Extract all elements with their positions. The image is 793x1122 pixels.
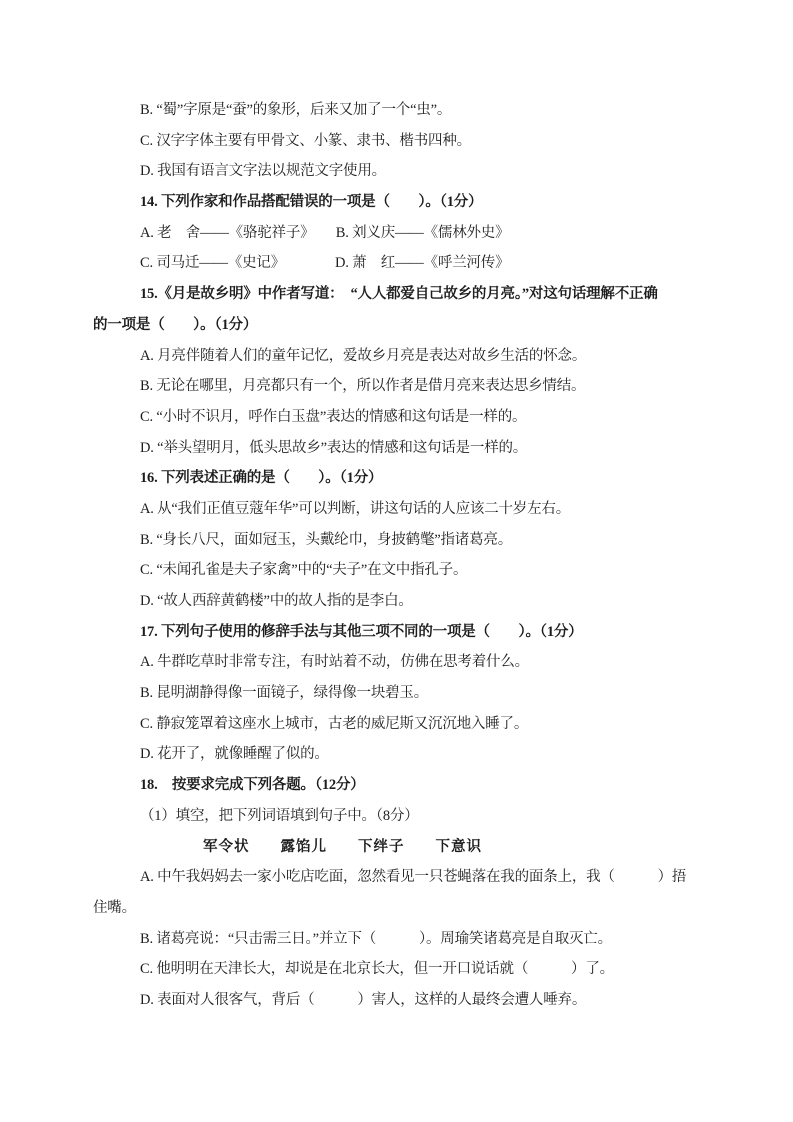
q15-stem-line1: 15.《月是故乡明》中作者写道： “人人都爱自己故乡的月亮。”对这句话理解不正确 xyxy=(93,279,738,310)
q18-stem: 18. 按要求完成下列各题。（12分） xyxy=(93,770,738,801)
q16-option-d: D. “故人西辞黄鹤楼”中的故人指的是李白。 xyxy=(93,586,738,617)
exam-page: B. “蜀”字原是“蚕”的象形，后来又加了一个“虫”。C. 汉字字体主要有甲骨文… xyxy=(0,0,793,1122)
exam-content: B. “蜀”字原是“蚕”的象形，后来又加了一个“虫”。C. 汉字字体主要有甲骨文… xyxy=(0,0,793,1016)
q15-option-a: A. 月亮伴随着人们的童年记忆，爱故乡月亮是表达对故乡生活的怀念。 xyxy=(93,341,738,372)
q14-options-cd: C. 司马迁——《史记》 D. 萧 红——《呼兰河传》 xyxy=(93,248,738,279)
q13-option-b: B. “蜀”字原是“蚕”的象形，后来又加了一个“虫”。 xyxy=(93,95,738,126)
q18-sub1-option-b: B. 诸葛亮说：“只击需三日。”并立下（ ）。周瑜笑诸葛亮是自取灭亡。 xyxy=(93,924,738,955)
q16-option-a: A. 从“我们正值豆蔻年华”可以判断，讲这句话的人应该二十岁左右。 xyxy=(93,494,738,525)
q18-word-bank: 军令状 露馅儿 下绊子 下意识 xyxy=(93,832,738,863)
q18-sub1-option-d: D. 表面对人很客气，背后（ ）害人，这样的人最终会遭人唾弃。 xyxy=(93,985,738,1016)
q18-sub1-instruction: （1）填空，把下列词语填到句子中。（8分） xyxy=(93,801,738,832)
q15-option-c: C. “小时不识月，呼作白玉盘”表达的情感和这句话是一样的。 xyxy=(93,402,738,433)
q17-option-c: C. 静寂笼罩着这座水上城市，古老的威尼斯又沉沉地入睡了。 xyxy=(93,709,738,740)
q16-stem: 16. 下列表述正确的是（ ）。（1分） xyxy=(93,463,738,494)
q17-stem: 17. 下列句子使用的修辞手法与其他三项不同的一项是（ ）。（1分） xyxy=(93,617,738,648)
q16-option-b: B. “身长八尺，面如冠玉，头戴纶巾，身披鹤氅”指诸葛亮。 xyxy=(93,525,738,556)
q13-option-c: C. 汉字字体主要有甲骨文、小篆、隶书、楷书四种。 xyxy=(93,126,738,157)
q16-option-c: C. “未闻孔雀是夫子家禽”中的“夫子”在文中指孔子。 xyxy=(93,555,738,586)
q17-option-d: D. 花开了，就像睡醒了似的。 xyxy=(93,739,738,770)
q15-option-d: D. “举头望明月，低头思故乡”表达的情感和这句话是一样的。 xyxy=(93,433,738,464)
q15-stem-line2: 的一项是（ ）。（1分） xyxy=(93,310,738,341)
q15-option-b: B. 无论在哪里，月亮都只有一个，所以作者是借月亮来表达思乡情结。 xyxy=(93,371,738,402)
q13-option-d: D. 我国有语言文字法以规范文字使用。 xyxy=(93,156,738,187)
q18-sub1-option-a-line1: A. 中午我妈妈去一家小吃店吃面，忽然看见一只苍蝇落在我的面条上，我（ ）捂 xyxy=(93,862,738,893)
q14-stem: 14. 下列作家和作品搭配错误的一项是（ ）。（1分） xyxy=(93,187,738,218)
q18-sub1-option-a-line2: 住嘴。 xyxy=(93,893,738,924)
q14-options-ab: A. 老 舍——《骆驼祥子》 B. 刘义庆——《儒林外史》 xyxy=(93,218,738,249)
q17-option-b: B. 昆明湖静得像一面镜子，绿得像一块碧玉。 xyxy=(93,678,738,709)
q18-sub1-option-c: C. 他明明在天津长大，却说是在北京长大，但一开口说话就（ ）了。 xyxy=(93,954,738,985)
q17-option-a: A. 牛群吃草时非常专注，有时站着不动，仿佛在思考着什么。 xyxy=(93,647,738,678)
